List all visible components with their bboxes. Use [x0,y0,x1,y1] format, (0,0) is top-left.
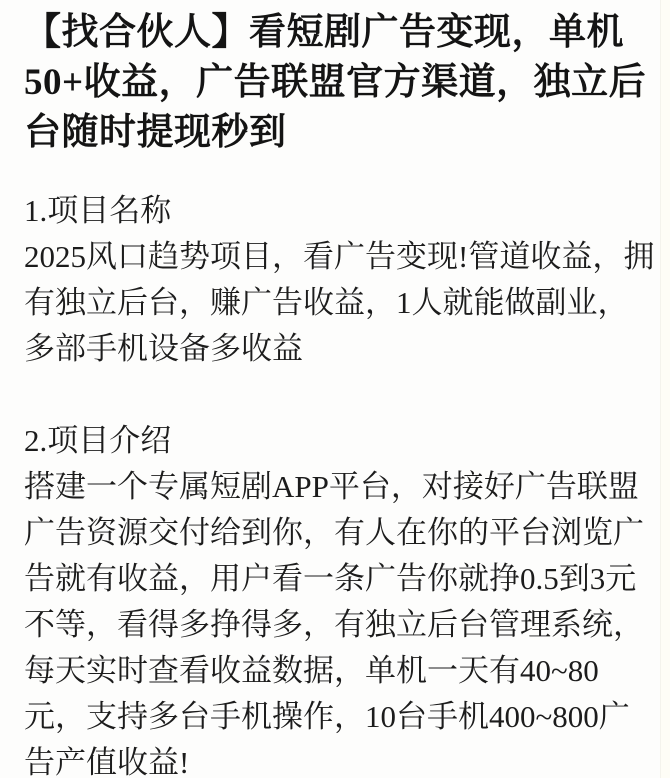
post-document: 【找合伙人】看短剧广告变现，单机50+收益，广告联盟官方渠道，独立后台随时提现秒… [0,0,670,778]
screenshot-page: { "page": { "background_color": "#fdfdfc… [0,0,670,778]
section-project-intro-heading: 2.项目介绍 [24,418,658,464]
section-project-name-body: 2025风口趋势项目，看广告变现!管道收益，拥有独立后台，赚广告收益，1人就能做… [24,234,658,372]
post-title: 【找合伙人】看短剧广告变现，单机50+收益，广告联盟官方渠道，独立后台随时提现秒… [24,8,658,158]
section-project-name-heading: 1.项目名称 [24,188,658,234]
right-edge-seam [660,0,670,778]
section-project-intro: 2.项目介绍 搭建一个专属短剧APP平台，对接好广告联盟广告资源交付给到你，有人… [24,418,658,778]
section-project-name: 1.项目名称 2025风口趋势项目，看广告变现!管道收益，拥有独立后台，赚广告收… [24,188,658,372]
section-project-intro-body: 搭建一个专属短剧APP平台，对接好广告联盟广告资源交付给到你，有人在你的平台浏览… [24,464,658,778]
